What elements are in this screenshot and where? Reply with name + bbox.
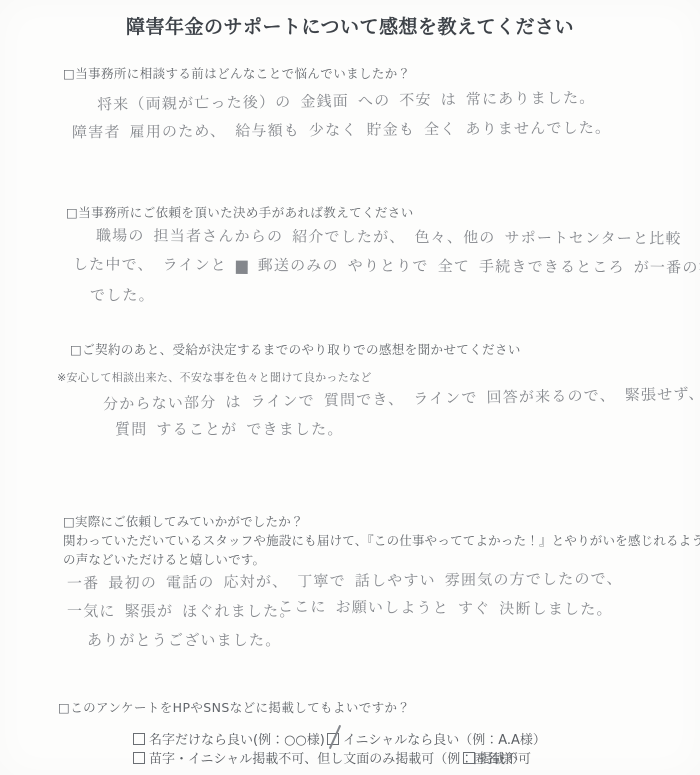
question-4-label-line-3: の声などいただけると嬉しいです。 bbox=[63, 550, 700, 569]
question-3-hint-note: ※安心して相談出来た、不安な事を色々と聞けて良かったなど bbox=[57, 369, 372, 385]
survey-form: 障害年金のサポートについて感想を教えてください □当事務所に相談する前はどんなこ… bbox=[0, 0, 700, 775]
checkbox-icon[interactable] bbox=[133, 752, 145, 764]
question-4-label: □実際にご依頼してみていかがでしたか？ 関わっていただいているスタッフや施設にも… bbox=[63, 512, 700, 569]
checkbox-icon[interactable] bbox=[463, 752, 475, 764]
question-5-label: □このアンケートをHPやSNSなどに掲載してもよいですか？ bbox=[58, 698, 410, 716]
handwritten-answer-2-line-3: でした。 bbox=[90, 284, 155, 305]
handwritten-answer-2-line-2: した中で、 ラインと ▆ 郵送のみの やりとりで 全て 手続きできるところ が一… bbox=[73, 253, 700, 278]
handwritten-answer-1-line-2: 障害者 雇用のため、 給与額も 少なく 貯金も 全く ありませんでした。 bbox=[72, 117, 611, 143]
publish-option-family-name-only[interactable]: 名字だけなら良い(例：○○様) bbox=[133, 729, 325, 748]
handwritten-answer-3-line-2: 質問 することが できました。 bbox=[115, 418, 344, 439]
checkbox-icon[interactable] bbox=[133, 733, 145, 745]
question-4-label-line-2: 関わっていただいているスタッフや施設にも届けて、『この仕事やっててよかった！』と… bbox=[63, 531, 700, 550]
option-label: 掲載不可 bbox=[479, 748, 531, 767]
handwritten-answer-1-line-1: 将来（両親が亡った後）の 金銭面 への 不安 は 常にありました。 bbox=[97, 87, 596, 115]
publish-option-initials-ok[interactable]: イニシャルなら良い（例：A.A様） bbox=[327, 729, 546, 748]
handwritten-answer-4-line-2-right: ここに お願いしようと すぐ 決断しました。 bbox=[278, 596, 613, 620]
question-3-label: □ご契約のあと、受給が決定するまでのやり取りでの感想を聞かせてください bbox=[70, 340, 521, 358]
checkbox-icon[interactable] bbox=[327, 733, 339, 745]
option-label: 名字だけなら良い(例：○○様) bbox=[149, 729, 325, 748]
question-2-label: □当事務所にご依頼を頂いた決め手があれば教えてください bbox=[66, 203, 414, 221]
handwritten-answer-2-line-1: 職場の 担当者さんからの 紹介でしたが、 色々、他の サポートセンターと比較 bbox=[96, 224, 682, 248]
page-title: 障害年金のサポートについて感想を教えてください bbox=[0, 12, 700, 39]
handwritten-answer-4-line-1: 一番 最初の 電話の 応対が、 丁寧で 話しやすい 雰囲気の方でしたので、 bbox=[67, 568, 623, 594]
option-label: イニシャルなら良い（例：A.A様） bbox=[343, 729, 546, 748]
handwritten-answer-4-line-2-left: 一気に 緊張が ほぐれました。 bbox=[67, 600, 296, 621]
handwritten-check-mark bbox=[329, 724, 341, 749]
handwritten-answer-3-line-1: 分からない部分 は ラインで 質問でき、 ラインで 回答が来るので、 緊張せず、 bbox=[103, 383, 700, 414]
question-4-label-line-1: □実際にご依頼してみていかがでしたか？ bbox=[63, 512, 700, 531]
question-1-label: □当事務所に相談する前はどんなことで悩んでいましたか？ bbox=[63, 64, 411, 82]
handwritten-answer-4-line-3: ありがとうございました。 bbox=[87, 629, 281, 650]
publish-option-not-allowed[interactable]: 掲載不可 bbox=[463, 748, 531, 767]
